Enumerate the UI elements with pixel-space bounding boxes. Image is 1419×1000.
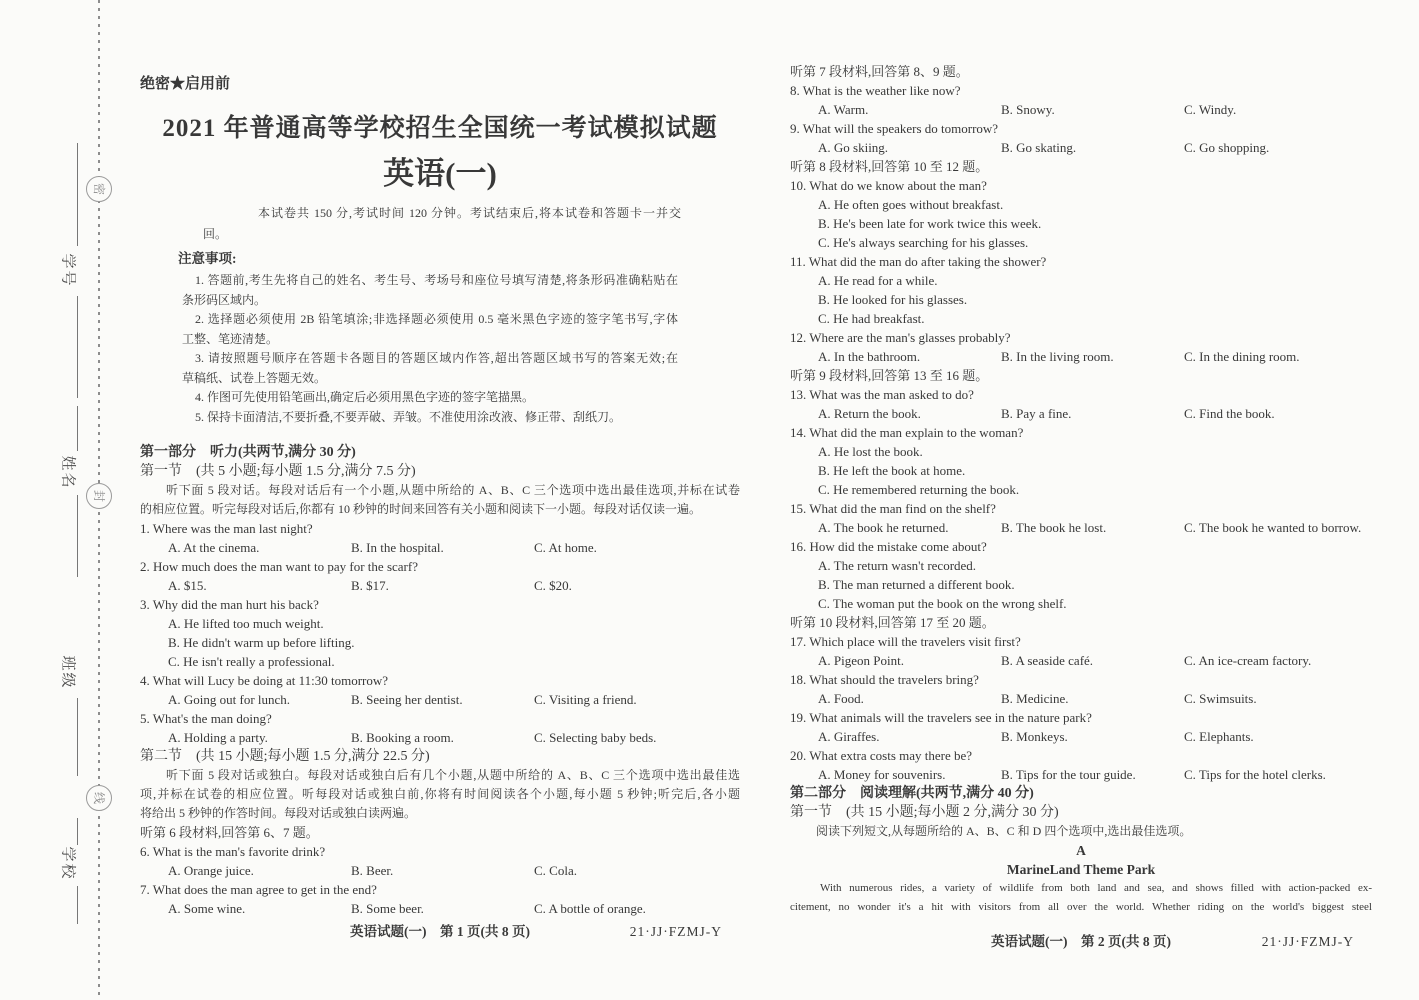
option: A. Going out for lunch. (168, 690, 290, 709)
question-text: 11. What did the man do after taking the… (790, 252, 1372, 271)
part-heading: 第一部分 听力(共两节,满分 30 分) (140, 443, 740, 462)
option: B. Go skating. (1001, 138, 1076, 157)
option: C. Visiting a friend. (534, 690, 637, 709)
signature-line (77, 818, 78, 845)
passage-label: A (790, 841, 1372, 860)
passage-title: MarineLand Theme Park (790, 860, 1372, 879)
exam-summary: 本试卷共 150 分,考试时间 120 分钟。考试结束后,将本试卷和答题卡一并交… (203, 203, 681, 245)
classification-label: 绝密★启用前 (140, 72, 230, 93)
question-text: 6. What is the man's favorite drink? (140, 842, 740, 861)
paragraph-line: 听下面 5 段对话或独白。每段对话或独白后有几个小题,从题中所给的 A、B、C … (140, 766, 740, 785)
option: B. A seaside café. (1001, 651, 1093, 670)
option: B. Booking a room. (351, 728, 454, 747)
question-text: 14. What did the man explain to the woma… (790, 423, 1372, 442)
options-row: A. Go skiing.B. Go skating.C. Go shoppin… (790, 138, 1372, 157)
exam-subject-title: 英语(一) (140, 148, 740, 193)
option: B. He didn't warm up before lifting. (140, 633, 740, 652)
question-text: 13. What was the man asked to do? (790, 385, 1372, 404)
options-row: A. Return the book.B. Pay a fine.C. Find… (790, 404, 1372, 423)
question-text: 12. Where are the man's glasses probably… (790, 328, 1372, 347)
option: B. He left the book at home. (790, 461, 1372, 480)
notice-item-line: 1. 答题前,考生先将自己的姓名、考生号、考场号和座位号填写清楚,将条形码准确粘… (182, 271, 678, 291)
options-row: A. In the bathroom.B. In the living room… (790, 347, 1372, 366)
paragraph-line: 听下面 5 段对话。每段对话后有一个小题,从题中所给的 A、B、C 三个选项中选… (140, 481, 740, 500)
notice-list: 1. 答题前,考生先将自己的姓名、考生号、考场号和座位号填写清楚,将条形码准确粘… (182, 271, 678, 427)
option: A. Return the book. (818, 404, 921, 423)
student-number-label: 学号 (59, 245, 80, 297)
options-row: A. Pigeon Point.B. A seaside café.C. An … (790, 651, 1372, 670)
options-row: A. Some wine.B. Some beer.C. A bottle of… (140, 899, 740, 918)
question-text: 20. What extra costs may there be? (790, 746, 1372, 765)
options-row: A. Going out for lunch.B. Seeing her den… (140, 690, 740, 709)
option: B. The man returned a different book. (790, 575, 1372, 594)
seal-stamp-2: 封 (86, 483, 112, 509)
scanned-exam-paper: { "seal": { "labels": ["学号", "姓名", "班级",… (0, 0, 1419, 1000)
material-line: 听第 7 段材料,回答第 8、9 题。 (790, 62, 1372, 81)
option: C. He isn't really a professional. (140, 652, 740, 671)
signature-line (77, 296, 78, 398)
option: A. Warm. (818, 100, 868, 119)
page2-content: 听第 7 段材料,回答第 8、9 题。8. What is the weathe… (790, 62, 1372, 917)
signature-line (77, 886, 78, 924)
option: C. Selecting baby beds. (534, 728, 656, 747)
exam-summary-line: 回。 (203, 224, 681, 245)
material-line: 听第 6 段材料,回答第 6、7 题。 (140, 823, 740, 842)
paragraph-line: With numerous rides, a variety of wildli… (790, 879, 1372, 898)
option: A. In the bathroom. (818, 347, 920, 366)
options-row: A. The book he returned.B. The book he l… (790, 518, 1372, 537)
question-text: 15. What did the man find on the shelf? (790, 499, 1372, 518)
option: B. The book he lost. (1001, 518, 1106, 537)
question-text: 5. What's the man doing? (140, 709, 740, 728)
option: A. Money for souvenirs. (818, 765, 945, 784)
material-line: 听第 9 段材料,回答第 13 至 16 题。 (790, 366, 1372, 385)
option: C. A bottle of orange. (534, 899, 646, 918)
option: C. Cola. (534, 861, 577, 880)
option: A. He often goes without breakfast. (790, 195, 1372, 214)
option: A. At the cinema. (168, 538, 259, 557)
option: B. Some beer. (351, 899, 424, 918)
options-row: A. Money for souvenirs.B. Tips for the t… (790, 765, 1372, 784)
question-text: 16. How did the mistake come about? (790, 537, 1372, 556)
option: C. The woman put the book on the wrong s… (790, 594, 1372, 613)
page1-content: 第一部分 听力(共两节,满分 30 分)第一节 (共 5 小题;每小题 1.5 … (140, 443, 740, 918)
paragraph-line: citement, no wonder it's a hit with visi… (790, 898, 1372, 917)
question-text: 4. What will Lucy be doing at 11:30 tomo… (140, 671, 740, 690)
option: C. He had breakfast. (790, 309, 1372, 328)
question-text: 18. What should the travelers bring? (790, 670, 1372, 689)
seal-stamp-1: 密 (86, 176, 112, 202)
option: B. Medicine. (1001, 689, 1069, 708)
notice-item-line: 工整、笔迹清楚。 (182, 330, 678, 350)
option: C. In the dining room. (1184, 347, 1300, 366)
paragraph-line: 的相应位置。听完每段对话后,你都有 10 秒钟的时间来回答有关小题和阅读下一小题… (140, 500, 740, 519)
option: C. Elephants. (1184, 727, 1254, 746)
options-row: A. Holding a party.B. Booking a room.C. … (140, 728, 740, 747)
options-row: A. Orange juice.B. Beer.C. Cola. (140, 861, 740, 880)
question-text: 10. What do we know about the man? (790, 176, 1372, 195)
exam-summary-line: 本试卷共 150 分,考试时间 120 分钟。考试结束后,将本试卷和答题卡一并交 (203, 203, 681, 224)
option: A. He read for a while. (790, 271, 1372, 290)
page2-footer: 英语试题(一) 第 2 页(共 8 页) 21·JJ·FZMJ-Y (790, 932, 1372, 951)
seal-stamp-char: 封 (87, 490, 111, 502)
seal-stamp-char: 密 (87, 183, 111, 195)
option: B. Beer. (351, 861, 393, 880)
paragraph-line: 将给出 5 秒钟的作答时间。每段对话或独白读两遍。 (140, 804, 740, 823)
signature-line (77, 143, 78, 246)
signature-line (77, 406, 78, 451)
notice-item-line: 2. 选择题必须使用 2B 铅笔填涂;非选择题必须使用 0.5 毫米黑色字迹的签… (182, 310, 678, 330)
question-text: 2. How much does the man want to pay for… (140, 557, 740, 576)
option: C. He remembered returning the book. (790, 480, 1372, 499)
option: A. Some wine. (168, 899, 245, 918)
option: A. Go skiing. (818, 138, 888, 157)
option: C. Go shopping. (1184, 138, 1269, 157)
option: B. He looked for his glasses. (790, 290, 1372, 309)
signature-line (77, 698, 78, 776)
option: B. Pay a fine. (1001, 404, 1071, 423)
notice-item-line: 条形码区域内。 (182, 291, 678, 311)
option: C. Tips for the hotel clerks. (1184, 765, 1326, 784)
option: B. In the living room. (1001, 347, 1114, 366)
name-label: 姓名 (59, 447, 80, 499)
section-heading: 第二节 (共 15 小题;每小题 1.5 分,满分 22.5 分) (140, 747, 740, 766)
options-row: A. Warm.B. Snowy.C. Windy. (790, 100, 1372, 119)
section-heading: 第一节 (共 15 小题;每小题 2 分,满分 30 分) (790, 803, 1372, 822)
part-heading: 第二部分 阅读理解(共两节,满分 40 分) (790, 784, 1372, 803)
section-heading: 第一节 (共 5 小题;每小题 1.5 分,满分 7.5 分) (140, 462, 740, 481)
seal-stamp-3: 线 (86, 785, 112, 811)
question-text: 3. Why did the man hurt his back? (140, 595, 740, 614)
option: B. $17. (351, 576, 389, 595)
notice-item-line: 草稿纸、试卷上答题无效。 (182, 369, 678, 389)
question-text: 8. What is the weather like now? (790, 81, 1372, 100)
option: C. The book he wanted to borrow. (1184, 518, 1361, 537)
paragraph-line: 项,并标在试卷的相应位置。听每段对话或独白前,你将有时间阅读各个小题,每小题 5… (140, 785, 740, 804)
option: C. Windy. (1184, 100, 1236, 119)
option: A. The book he returned. (818, 518, 948, 537)
option: B. In the hospital. (351, 538, 444, 557)
options-row: A. $15.B. $17.C. $20. (140, 576, 740, 595)
option: A. Pigeon Point. (818, 651, 904, 670)
option: C. Find the book. (1184, 404, 1275, 423)
option: A. Holding a party. (168, 728, 268, 747)
option: B. He's been late for work twice this we… (790, 214, 1372, 233)
question-text: 17. Which place will the travelers visit… (790, 632, 1372, 651)
option: A. Giraffes. (818, 727, 880, 746)
seal-stamp-char: 线 (87, 792, 111, 804)
question-text: 19. What animals will the travelers see … (790, 708, 1372, 727)
option: C. At home. (534, 538, 597, 557)
option: A. Orange juice. (168, 861, 254, 880)
signature-line (77, 495, 78, 577)
page1-footer: 英语试题(一) 第 1 页(共 8 页) 21·JJ·FZMJ-Y (140, 922, 740, 941)
option: C. An ice-cream factory. (1184, 651, 1311, 670)
option: C. Swimsuits. (1184, 689, 1257, 708)
notice-item-line: 4. 作图可先使用铅笔画出,确定后必须用黑色字迹的签字笔描黑。 (182, 388, 678, 408)
notice-item-line: 5. 保持卡面清洁,不要折叠,不要弄破、弄皱。不准使用涂改液、修正带、刮纸刀。 (182, 408, 678, 428)
footer-paper-code: 21·JJ·FZMJ-Y (1262, 932, 1354, 951)
option: A. He lifted too much weight. (140, 614, 740, 633)
question-text: 7. What does the man agree to get in the… (140, 880, 740, 899)
option: B. Snowy. (1001, 100, 1055, 119)
material-line: 听第 10 段材料,回答第 17 至 20 题。 (790, 613, 1372, 632)
exam-title: 2021 年普通高等学校招生全国统一考试模拟试题 (140, 108, 740, 144)
notice-item-line: 3. 请按照题号顺序在答题卡各题目的答题区域内作答,超出答题区域书写的答案无效;… (182, 349, 678, 369)
question-text: 9. What will the speakers do tomorrow? (790, 119, 1372, 138)
options-row: A. Giraffes.B. Monkeys.C. Elephants. (790, 727, 1372, 746)
options-row: A. Food.B. Medicine.C. Swimsuits. (790, 689, 1372, 708)
paragraph-line: 阅读下列短文,从每题所给的 A、B、C 和 D 四个选项中,选出最佳选项。 (790, 822, 1372, 841)
option: B. Monkeys. (1001, 727, 1068, 746)
option: B. Tips for the tour guide. (1001, 765, 1136, 784)
option: A. Food. (818, 689, 864, 708)
option: C. He's always searching for his glasses… (790, 233, 1372, 252)
material-line: 听第 8 段材料,回答第 10 至 12 题。 (790, 157, 1372, 176)
option: A. $15. (168, 576, 207, 595)
footer-paper-code: 21·JJ·FZMJ-Y (630, 922, 722, 941)
question-text: 1. Where was the man last night? (140, 519, 740, 538)
option: A. He lost the book. (790, 442, 1372, 461)
class-label: 班级 (59, 647, 80, 699)
notice-title: 注意事项: (178, 247, 237, 267)
options-row: A. At the cinema.B. In the hospital.C. A… (140, 538, 740, 557)
school-label: 学校 (59, 838, 80, 890)
option: A. The return wasn't recorded. (790, 556, 1372, 575)
option: B. Seeing her dentist. (351, 690, 463, 709)
option: C. $20. (534, 576, 572, 595)
